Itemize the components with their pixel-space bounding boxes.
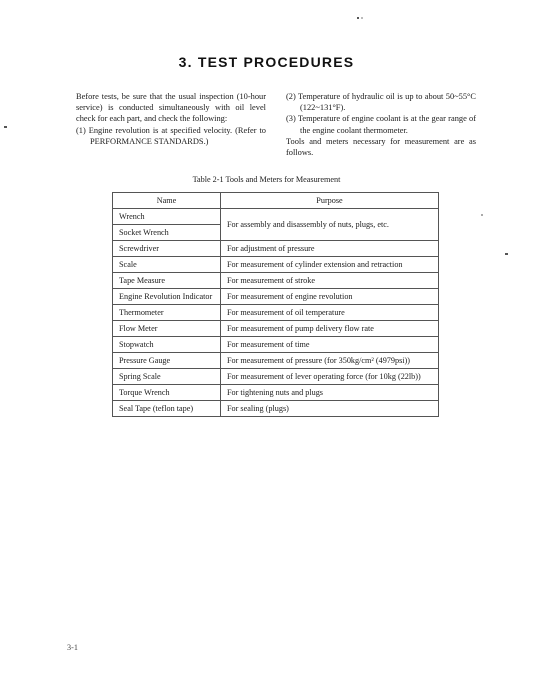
check-item-3: (3) Temperature of engine coolant is at …	[286, 113, 476, 135]
scan-speck	[357, 17, 359, 19]
table-header-row: Name Purpose	[113, 193, 439, 209]
tool-purpose: For tightening nuts and plugs	[221, 385, 439, 401]
table-caption: Table 2-1 Tools and Meters for Measureme…	[0, 175, 533, 184]
tool-purpose: For measurement of engine revolution	[221, 289, 439, 305]
table-row: Pressure GaugeFor measurement of pressur…	[113, 353, 439, 369]
tool-purpose: For measurement of time	[221, 337, 439, 353]
table-row: Torque WrenchFor tightening nuts and plu…	[113, 385, 439, 401]
tool-purpose: For measurement of lever operating force…	[221, 369, 439, 385]
scan-speck	[481, 214, 483, 216]
tool-name: Tape Measure	[113, 273, 221, 289]
tool-purpose: For adjustment of pressure	[221, 241, 439, 257]
table-row: ScaleFor measurement of cylinder extensi…	[113, 257, 439, 273]
tool-name: Wrench	[113, 209, 221, 225]
tool-name: Scale	[113, 257, 221, 273]
tool-name: Thermometer	[113, 305, 221, 321]
right-column: (2) Temperature of hydraulic oil is up t…	[286, 91, 476, 158]
check-item-1: (1) Engine revolution is at specified ve…	[76, 125, 266, 147]
table-row: ScrewdriverFor adjustment of pressure	[113, 241, 439, 257]
tool-purpose: For measurement of stroke	[221, 273, 439, 289]
check-item-2: (2) Temperature of hydraulic oil is up t…	[286, 91, 476, 113]
header-purpose: Purpose	[221, 193, 439, 209]
tool-name: Flow Meter	[113, 321, 221, 337]
tool-purpose: For measurement of pressure (for 350kg/c…	[221, 353, 439, 369]
table-row: Tape MeasureFor measurement of stroke	[113, 273, 439, 289]
tool-purpose: For measurement of pump delivery flow ra…	[221, 321, 439, 337]
tool-name: Socket Wrench	[113, 225, 221, 241]
table-row: WrenchFor assembly and disassembly of nu…	[113, 209, 439, 225]
table-row: Engine Revolution IndicatorFor measureme…	[113, 289, 439, 305]
tool-name: Spring Scale	[113, 369, 221, 385]
scan-speck	[361, 17, 363, 19]
page-title: 3. TEST PROCEDURES	[0, 54, 533, 70]
table-row: Seal Tape (teflon tape)For sealing (plug…	[113, 401, 439, 417]
tool-purpose: For measurement of oil temperature	[221, 305, 439, 321]
tools-table: Name Purpose WrenchFor assembly and disa…	[112, 192, 439, 417]
page-number: 3-1	[67, 643, 78, 652]
intro-paragraph: Before tests, be sure that the usual ins…	[76, 91, 266, 125]
header-name: Name	[113, 193, 221, 209]
outro-paragraph: Tools and meters necessary for measureme…	[286, 136, 476, 158]
tool-purpose: For measurement of cylinder extension an…	[221, 257, 439, 273]
scan-speck	[505, 253, 508, 255]
tool-name: Engine Revolution Indicator	[113, 289, 221, 305]
tool-name: Seal Tape (teflon tape)	[113, 401, 221, 417]
tool-name: Pressure Gauge	[113, 353, 221, 369]
tool-name: Torque Wrench	[113, 385, 221, 401]
table-row: ThermometerFor measurement of oil temper…	[113, 305, 439, 321]
tool-name: Stopwatch	[113, 337, 221, 353]
table-row: Flow MeterFor measurement of pump delive…	[113, 321, 439, 337]
tool-name: Screwdriver	[113, 241, 221, 257]
tool-purpose: For assembly and disassembly of nuts, pl…	[221, 209, 439, 241]
tool-purpose: For sealing (plugs)	[221, 401, 439, 417]
scan-speck	[4, 126, 7, 128]
table-row: Spring ScaleFor measurement of lever ope…	[113, 369, 439, 385]
left-column: Before tests, be sure that the usual ins…	[76, 91, 266, 147]
table-row: StopwatchFor measurement of time	[113, 337, 439, 353]
